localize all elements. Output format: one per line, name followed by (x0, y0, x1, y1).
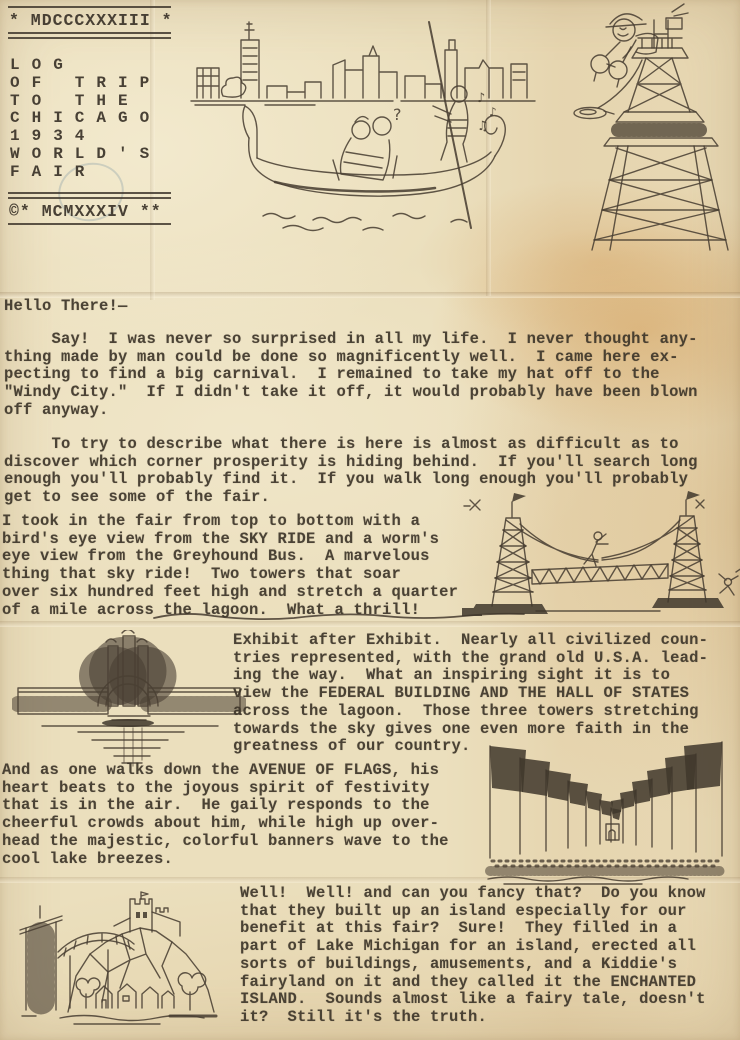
log-title-line: TO THE (10, 93, 171, 111)
question-mark-glyph: ? (393, 105, 402, 124)
para-describe: To try to describe what there is here is… (4, 436, 698, 507)
enchanted-island-illustration (10, 890, 242, 1036)
music-note-glyph: ♪ (477, 91, 485, 106)
year-stamp-1934: ©* MCMXXXIV ** (8, 199, 171, 223)
fold-crease (0, 877, 740, 883)
observation-tower-illustration (562, 0, 737, 252)
para-intro: Say! I was never so surprised in all my … (4, 331, 698, 420)
log-title-line: OF TRIP (10, 75, 171, 93)
divider-rule (8, 32, 171, 39)
divider-rule (8, 192, 171, 199)
para-sky-ride: I took in the fair from top to bottom wi… (2, 513, 458, 619)
fold-crease (0, 621, 740, 627)
fold-crease (486, 0, 491, 296)
para-exhibits: Exhibit after Exhibit. Nearly all civili… (233, 632, 708, 756)
federal-building-illustration (12, 630, 246, 772)
log-title-line: 1934 (10, 128, 171, 146)
log-title-line: CHICAGO (10, 110, 171, 128)
log-title: LOG OF TRIP TO THE CHICAGO 1934 WORLD'S … (10, 57, 171, 182)
log-title-line: WORLD'S (10, 146, 171, 164)
avenue-of-flags-illustration (482, 738, 730, 890)
colophon: * MDCCCXXXIII * LOG OF TRIP TO THE CHICA… (8, 6, 171, 225)
divider-rule (8, 223, 171, 225)
log-title-line: LOG (10, 57, 171, 75)
log-title-line: FAIR (10, 164, 171, 182)
para-avenue-of-flags: And as one walks down the AVENUE OF FLAG… (2, 762, 449, 868)
para-enchanted-island: Well! Well! and can you fancy that? Do y… (240, 885, 706, 1027)
year-stamp-1833: * MDCCCXXXIII * (8, 8, 171, 32)
salutation: Hello There!— (4, 298, 128, 316)
letter-sheet: * MDCCCXXXIII * LOG OF TRIP TO THE CHICA… (0, 0, 740, 1040)
